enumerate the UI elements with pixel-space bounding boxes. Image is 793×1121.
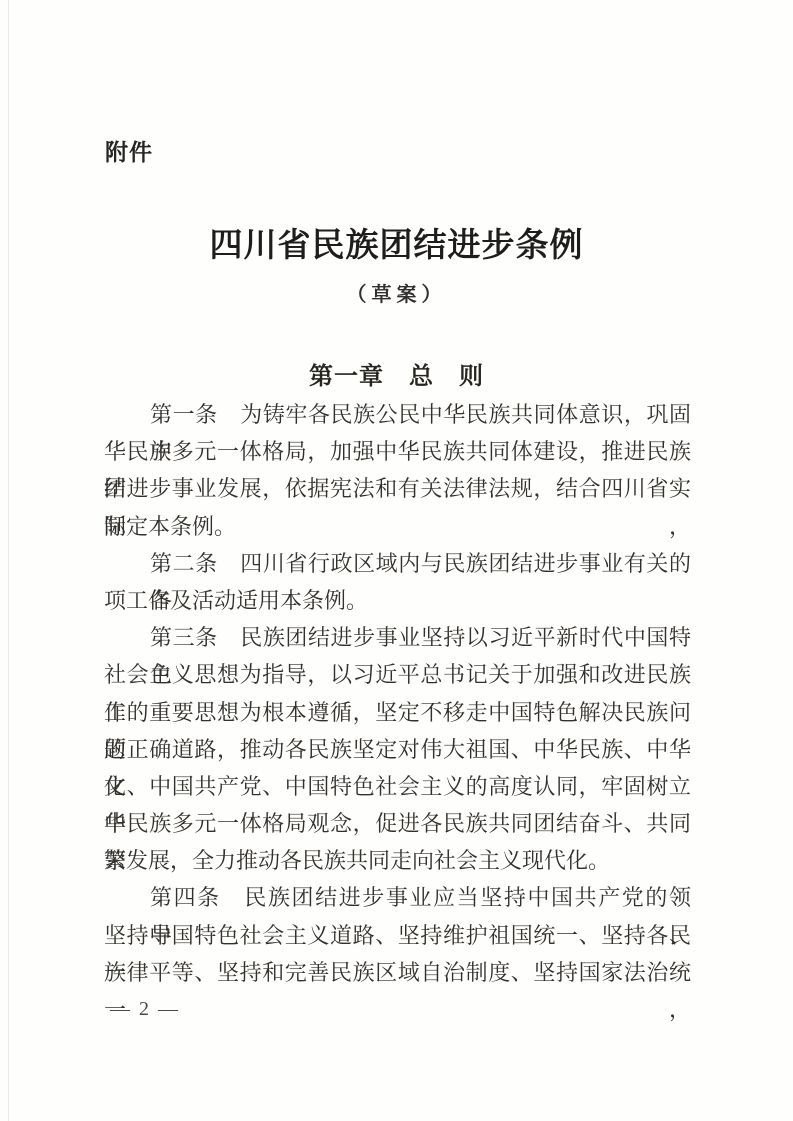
article-3-line: 第三条 民族团结进步事业坚持以习近平新时代中国特色 — [104, 619, 691, 656]
article-3-line: 作的重要思想为根本遵循，坚定不移走中国特色解决民族问题 — [104, 694, 691, 731]
page-number: — 2 — — [110, 998, 180, 1021]
article-3-line: 社会主义思想为指导，以习近平总书记关于加强和改进民族工 — [104, 656, 691, 693]
article-1-line: 第一条 为铸牢各民族公民中华民族共同体意识，巩固中 — [104, 396, 691, 433]
article-4-line: 第四条 民族团结进步事业应当坚持中国共产党的领导、 — [104, 879, 691, 916]
document-title: 四川省民族团结进步条例 — [0, 219, 793, 266]
article-3-line: 荣发展，全力推动各民族共同走向社会主义现代化。 — [104, 842, 691, 879]
scan-edge-artifact — [8, 0, 9, 1121]
article-2-line: 第二条 四川省行政区域内与民族团结进步事业有关的各 — [104, 545, 691, 582]
chapter-heading: 第一章 总 则 — [0, 356, 793, 391]
document-page: 附件 四川省民族团结进步条例 （草案） 第一章 总 则 第一条 为铸牢各民族公民… — [0, 0, 793, 1121]
article-2-line: 项工作及活动适用本条例。 — [104, 582, 691, 619]
article-3-line: 的正确道路，推动各民族坚定对伟大祖国、中华民族、中华文 — [104, 731, 691, 768]
article-4-line: 一律平等、坚持和完善民族区域自治制度、坚持国家法治统一， — [104, 954, 691, 991]
attachment-label: 附件 — [105, 134, 153, 167]
article-3-line: 华民族多元一体格局观念，促进各民族共同团结奋斗、共同繁 — [104, 805, 691, 842]
article-4-line: 坚持中国特色社会主义道路、坚持维护祖国统一、坚持各民族 — [104, 917, 691, 954]
document-body: 第一条 为铸牢各民族公民中华民族共同体意识，巩固中 华民族多元一体格局，加强中华… — [104, 396, 691, 991]
article-3-line: 化、中国共产党、中国特色社会主义的高度认同，牢固树立中 — [104, 768, 691, 805]
document-subtitle-draft: （草案） — [0, 278, 793, 307]
article-1-line: 结进步事业发展，依据宪法和有关法律法规，结合四川省实际， — [104, 470, 691, 507]
article-1-line: 华民族多元一体格局，加强中华民族共同体建设，推进民族团 — [104, 433, 691, 470]
